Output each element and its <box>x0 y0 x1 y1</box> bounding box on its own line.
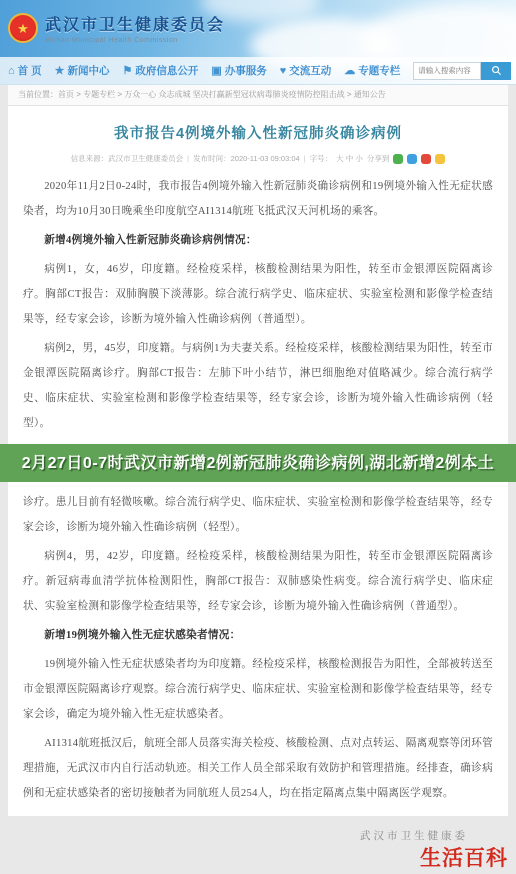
star-icon: ★ <box>55 64 65 77</box>
site-header: ★ 武汉市卫生健康委员会 Wuhan Municipal Health Comm… <box>0 0 516 85</box>
font-size-switcher[interactable]: 大 中 小 <box>336 153 363 164</box>
article-title: 我市报告4例境外输入性新冠肺炎确诊病例 <box>23 122 493 143</box>
nav-item-gov-info[interactable]: ⚑ 政府信息公开 <box>122 63 198 78</box>
article-container: 我市报告4例境外输入性新冠肺炎确诊病例 信息来源：武汉市卫生健康委员会 | 发布… <box>8 106 508 816</box>
search-bar <box>413 62 511 80</box>
paragraph-case4: 病例4，男，42岁，印度籍。经检疫采样，核酸检测结果为阳性，转至市金银潭医院隔离… <box>23 544 493 619</box>
meta-publish-time: 发布时间：2020-11-03 09:03:04 <box>193 153 300 164</box>
monitor-icon: ▣ <box>211 64 221 77</box>
flag-icon: ⚑ <box>122 64 132 77</box>
meta-share-label: 分享到 <box>367 153 390 164</box>
breadcrumb: 当前位置：首页 > 专题专栏 > 万众一心 众志成城 坚决打赢新型冠状病毒肺炎疫… <box>8 85 508 106</box>
site-subtitle: Wuhan Municipal Health Commission <box>45 37 225 44</box>
section-heading-4-cases: 新增4例境外输入性新冠肺炎确诊病例情况： <box>23 228 493 253</box>
cloud-icon: ☁ <box>344 64 355 77</box>
paragraph-case1: 病例1，女，46岁，印度籍。经检疫采样，核酸检测结果为阳性，转至市金银潭医院隔离… <box>23 257 493 332</box>
paragraph-flight-management: AI1314航班抵汉后，航班全部人员落实海关检疫、核酸检测、点对点转运、隔离观察… <box>23 731 493 806</box>
nav-label: 交流互动 <box>289 63 331 78</box>
nav-item-services[interactable]: ▣ 办事服务 <box>211 63 266 78</box>
meta-font-size-label: 字号： <box>310 153 333 164</box>
paragraph-case2: 病例2，男，45岁，印度籍。与病例1为夫妻关系。经检疫采样，核酸检测结果为阳性，… <box>23 336 493 436</box>
news-overlay-banner: 2月27日0-7时武汉市新增2例新冠肺炎确诊病例,湖北新增2例本土 <box>0 444 516 482</box>
nav-item-home[interactable]: ⌂ 首 页 <box>8 63 42 78</box>
nav-label: 政府信息公开 <box>135 63 198 78</box>
main-nav: ⌂ 首 页 ★ 新闻中心 ⚑ 政府信息公开 ▣ 办事服务 ♥ 交流互动 ☁ 专题… <box>0 57 516 85</box>
meta-source: 信息来源：武汉市卫生健康委员会 <box>71 153 184 164</box>
search-icon <box>491 65 502 76</box>
section-heading-19-cases: 新增19例境外输入性无症状感染者情况： <box>23 623 493 648</box>
nav-item-interaction[interactable]: ♥ 交流互动 <box>280 63 332 78</box>
article-signature: 武汉市卫生健康委 <box>360 828 468 843</box>
paragraph-intro: 2020年11月2日0-24时，我市报告4例境外输入性新冠肺炎确诊病例和19例境… <box>23 174 493 224</box>
nav-item-special-columns[interactable]: ☁ 专题专栏 <box>344 63 400 78</box>
watermark-shenghuo-baike: 生活百科 <box>420 842 508 872</box>
paragraph-asymptomatic: 19例境外输入性无症状感染者均为印度籍。经检疫采样，核酸检测报告为阳性，全部被转… <box>23 652 493 727</box>
news-overlay-banner-text: 2月27日0-7时武汉市新增2例新冠肺炎确诊病例,湖北新增2例本土 <box>22 451 495 476</box>
home-icon: ⌂ <box>8 65 15 77</box>
search-button[interactable] <box>481 62 511 80</box>
page: ★ 武汉市卫生健康委员会 Wuhan Municipal Health Comm… <box>0 0 516 874</box>
share-weibo-icon[interactable] <box>407 154 417 164</box>
national-emblem-icon: ★ <box>8 13 38 43</box>
site-brand: ★ 武汉市卫生健康委员会 Wuhan Municipal Health Comm… <box>8 12 225 44</box>
nav-label: 新闻中心 <box>67 63 109 78</box>
search-input[interactable] <box>413 62 481 80</box>
heart-icon: ♥ <box>280 65 287 77</box>
paragraph-case3-continuation: 诊疗。患儿目前有轻微咳嗽。综合流行病学史、临床症状、实验室检测和影像学检查结果等… <box>23 490 493 540</box>
nav-label: 办事服务 <box>225 63 267 78</box>
article-meta: 信息来源：武汉市卫生健康委员会 | 发布时间：2020-11-03 09:03:… <box>23 153 493 164</box>
share-yellow-icon[interactable] <box>435 154 445 164</box>
nav-label: 专题专栏 <box>358 63 400 78</box>
nav-label: 首 页 <box>18 63 42 78</box>
site-title: 武汉市卫生健康委员会 <box>45 12 225 35</box>
nav-item-news[interactable]: ★ 新闻中心 <box>55 63 110 78</box>
share-red-icon[interactable] <box>421 154 431 164</box>
article-body: 2020年11月2日0-24时，我市报告4例境外输入性新冠肺炎确诊病例和19例境… <box>23 174 493 806</box>
share-wechat-icon[interactable] <box>393 154 403 164</box>
